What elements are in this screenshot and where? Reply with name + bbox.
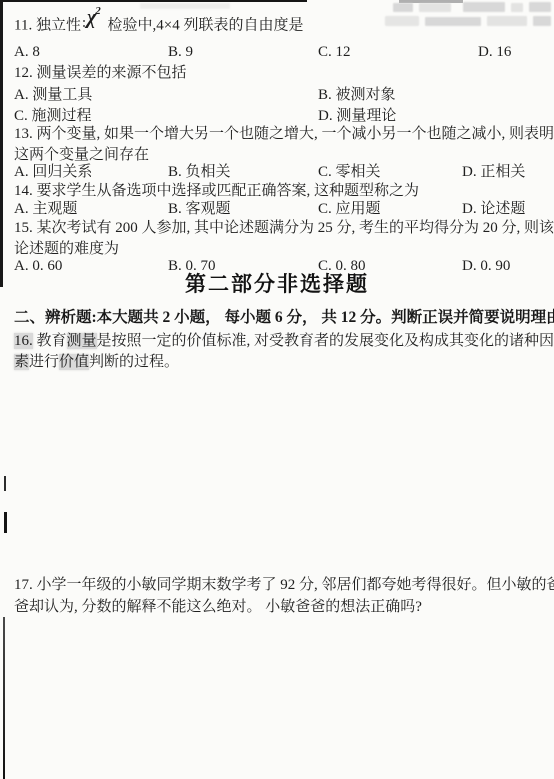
q16-text: 进行	[29, 354, 59, 370]
scan-left-border-line-bottom	[3, 617, 5, 779]
question-13-stem-line1: 13. 两个变量, 如果一个增大另一个也随之增大, 一个减小另一个也随之减小, …	[14, 124, 544, 144]
scan-left-border-line	[0, 0, 3, 287]
option-b: B. 负相关	[168, 162, 231, 182]
q16-text-smudged: 价值	[59, 354, 89, 370]
option-c: C. 应用题	[318, 199, 381, 219]
question-14-stem: 14. 要求学生从备选项中选择或匹配正确答案, 这种题型称之为	[14, 181, 544, 201]
q16-text: 教育	[33, 333, 67, 349]
option-b: B. 客观题	[168, 199, 231, 219]
option-b: B. 被测对象	[318, 85, 396, 105]
question-16-line1: 16. 教育测量是按照一定的价值标准, 对受教育者的发展变化及构成其变化的诸种因	[14, 331, 544, 351]
scan-top-border-line	[0, 0, 307, 2]
option-a: A. 主观题	[14, 199, 77, 219]
option-d: D. 0. 90	[462, 256, 510, 276]
question-12-options-row2: C. 施测过程 D. 测量理论	[14, 106, 544, 126]
option-d: D. 正相关	[462, 162, 525, 182]
ink-bleed-through-artifact	[140, 3, 260, 11]
section2-instructions: 二、辨析题:本大题共 2 小题， 每小题 6 分， 共 12 分。判断正误并简要…	[14, 308, 544, 328]
option-d: D. 16	[478, 42, 511, 62]
part2-heading: 第二部分非选择题	[0, 274, 554, 294]
option-a: A. 0. 60	[14, 256, 62, 276]
scanned-exam-page: 11. 独立性χ2 检验中,4×4 列联表的自由度是 A. 8 B. 9 C. …	[0, 0, 554, 779]
question-16-line2: 素进行价值判断的过程。	[14, 352, 544, 372]
q16-text-smudged: 测量	[67, 333, 97, 349]
q16-text: 是按照一定的价值标准, 对受教育者的发展变化及构成其变化的诸种因	[97, 333, 554, 349]
question-12-stem: 12. 测量误差的来源不包括	[14, 63, 544, 83]
option-c: C. 零相关	[318, 162, 381, 182]
chi-square-symbol: χ2	[87, 8, 102, 23]
option-c: C. 施测过程	[14, 106, 92, 126]
question-13-options: A. 回归关系 B. 负相关 C. 零相关 D. 正相关	[14, 162, 544, 182]
question-17-line2: 爸却认为, 分数的解释不能这么绝对。 小敏爸爸的想法正确吗?	[14, 597, 544, 617]
option-c: C. 12	[318, 42, 351, 62]
option-a: A. 测量工具	[14, 85, 92, 105]
q11-text-prefix: 11. 独立性	[14, 18, 81, 34]
scan-left-dash-artifact	[4, 512, 7, 533]
question-11-stem: 11. 独立性χ2 检验中,4×4 列联表的自由度是	[14, 14, 544, 36]
question-15-stem-line1: 15. 某次考试有 200 人参加, 其中论述题满分为 25 分, 考生的平均得…	[14, 218, 544, 238]
question-11-options: A. 8 B. 9 C. 12 D. 16	[14, 42, 544, 62]
stray-ink-dots	[83, 20, 85, 22]
question-12-options-row1: A. 测量工具 B. 被测对象	[14, 85, 544, 105]
question-17-line1: 17. 小学一年级的小敏同学期末数学考了 92 分, 邻居们都夸她考得很好。但小…	[14, 575, 544, 595]
q16-text-smudged: 素	[14, 354, 29, 370]
option-b: B. 9	[168, 42, 193, 62]
q11-text-suffix: 检验中,4×4 列联表的自由度是	[104, 18, 304, 34]
q16-text: 判断的过程。	[89, 354, 179, 370]
option-a: A. 8	[14, 42, 40, 62]
scan-left-dash-artifact	[4, 476, 6, 491]
option-d: D. 测量理论	[318, 106, 396, 126]
q16-number: 16.	[14, 333, 33, 349]
question-14-options: A. 主观题 B. 客观题 C. 应用题 D. 论述题	[14, 199, 544, 219]
option-a: A. 回归关系	[14, 162, 92, 182]
option-d: D. 论述题	[462, 199, 525, 219]
